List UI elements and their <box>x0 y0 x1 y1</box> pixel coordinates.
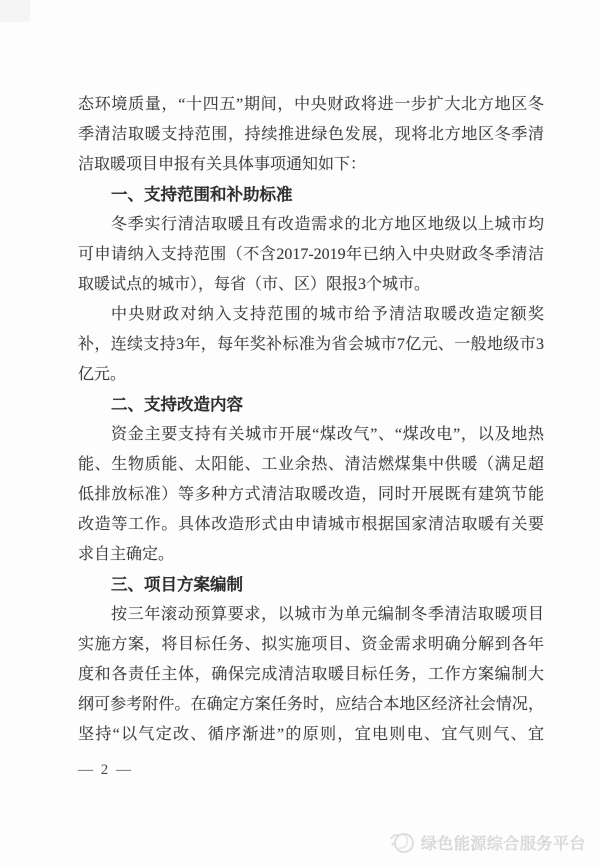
page-number: — 2 — <box>78 759 544 781</box>
section-heading: 二、支持改造内容 <box>78 390 544 420</box>
section-heading: 三、项目方案编制 <box>78 570 544 600</box>
text-line: 按三年滚动预算要求，以城市为单元编制冬季清洁取暖项目 <box>111 600 544 630</box>
scanned-document-page: 态环境质量，“十四五”期间，中央财政将进一步扩大北方地区冬季清洁取暖支持范围，持… <box>0 0 600 867</box>
watermark-text: 绿色能源综合服务平台 <box>421 831 586 854</box>
text-line: 取暖试点的城市），每省（市、区）限报3个城市。 <box>78 270 544 300</box>
text-line: 资金主要支持有关城市开展“煤改气”、“煤改电”，以及地热 <box>111 420 544 450</box>
text-line: 态环境质量，“十四五”期间，中央财政将进一步扩大北方地区冬 <box>78 90 544 120</box>
text-line: 度和各责任主体，确保完成清洁取暖目标任务，工作方案编制大 <box>78 660 544 690</box>
text-line: 洁取暖项目申报有关具体事项通知如下： <box>78 150 544 180</box>
document-body: 态环境质量，“十四五”期间，中央财政将进一步扩大北方地区冬季清洁取暖支持范围，持… <box>78 90 544 781</box>
text-line: 亿元。 <box>78 360 544 390</box>
text-line: 实施方案，将目标任务、拟实施项目、资金需求明确分解到各年 <box>78 630 544 660</box>
text-line: 改造等工作。具体改造形式由申请城市根据国家清洁取暖有关要 <box>78 510 544 540</box>
green-energy-logo-icon <box>388 829 416 856</box>
text-line: 低排放标准）等多种方式清洁取暖改造，同时开展既有建筑节能 <box>78 480 544 510</box>
text-line: 中央财政对纳入支持范围的城市给予清洁取暖改造定额奖 <box>111 300 544 330</box>
scan-corner-artifact <box>0 0 30 22</box>
watermark: 绿色能源综合服务平台 <box>388 829 586 856</box>
text-line: 季清洁取暖支持范围，持续推进绿色发展，现将北方地区冬季清 <box>78 120 544 150</box>
text-line: 可申请纳入支持范围（不含2017-2019年已纳入中央财政冬季清洁 <box>78 240 544 270</box>
section-heading: 一、支持范围和补助标准 <box>78 180 544 210</box>
text-line: 求自主确定。 <box>78 540 544 570</box>
text-line: 冬季实行清洁取暖且有改造需求的北方地区地级以上城市均 <box>111 210 544 240</box>
text-line: 补，连续支持3年，每年奖补标准为省会城市7亿元、一般地级市3 <box>78 330 544 360</box>
text-line: 纲可参考附件。在确定方案任务时，应结合本地区经济社会情况， <box>78 690 544 720</box>
text-line: 能、生物质能、太阳能、工业余热、清洁燃煤集中供暖（满足超 <box>78 450 544 480</box>
text-line: 坚持“以气定改、循序渐进”的原则，宜电则电、宜气则气、宜 <box>78 720 544 750</box>
document-content: 态环境质量，“十四五”期间，中央财政将进一步扩大北方地区冬季清洁取暖支持范围，持… <box>78 90 544 750</box>
